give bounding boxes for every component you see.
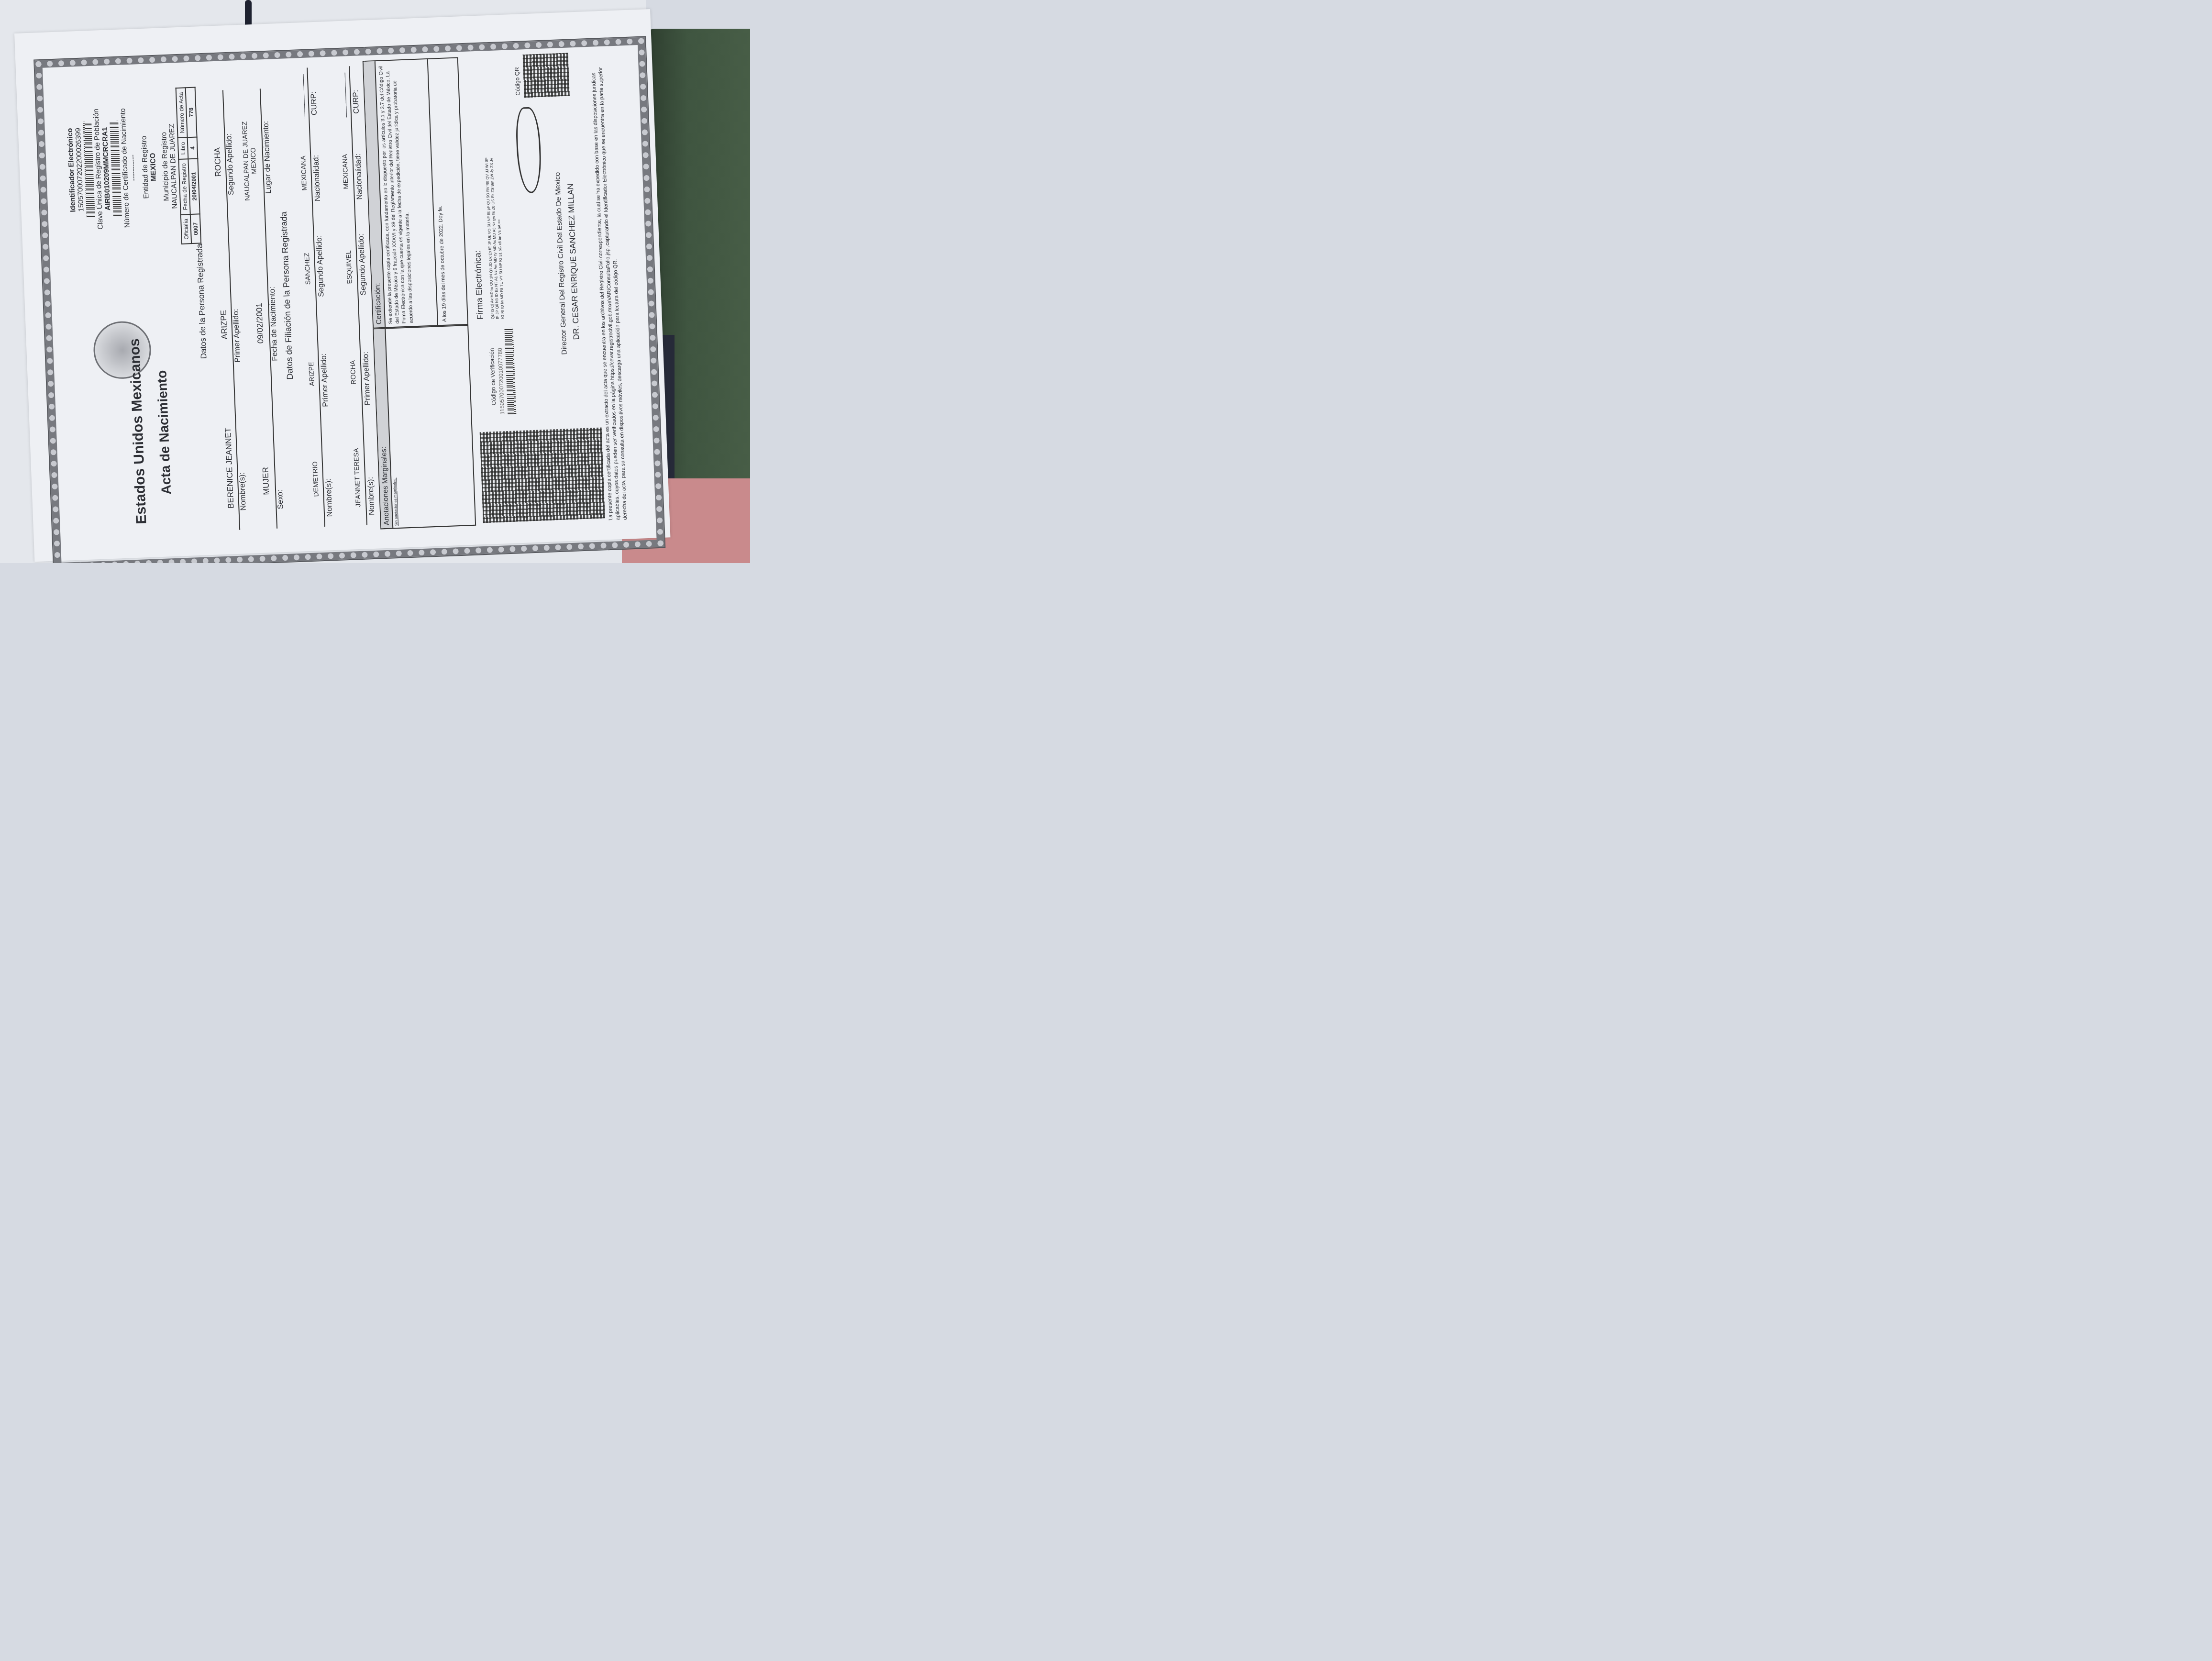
madre-segundo-apellido: ESQUIVEL <box>343 219 354 315</box>
sexo-label: Sexo: <box>276 489 286 509</box>
director-name: DR. CESAR ENRIQUE SANCHEZ MILLAN <box>566 183 582 340</box>
anotaciones-box: Anotaciones Marginales: Sin anotaciones … <box>373 325 476 529</box>
certificate-content: Estados Unidos Mexicanos Acta de Nacimie… <box>44 46 641 546</box>
sexo-value: MUJER <box>259 433 273 529</box>
document-title: Acta de Nacimiento <box>154 370 174 495</box>
padre-nacionalidad: MEXICANA <box>299 135 309 211</box>
madre-nacionalidad-label: Nacionalidad: <box>354 153 365 200</box>
primer-apellido-value: ARIZPE <box>217 262 232 387</box>
table-cell: 778 <box>186 88 197 138</box>
handwritten-signature <box>515 107 542 194</box>
madre-nombre-label: Nombre(s): <box>366 477 376 516</box>
primer-apellido-label: Primer Apellido: <box>232 309 242 363</box>
filiacion-section-title: Datos de Filiación de la Persona Registr… <box>279 211 295 380</box>
qr-code-small[interactable] <box>522 53 569 98</box>
qr-code-large[interactable] <box>480 427 605 523</box>
certificacion-text: Se extiende la presente copia certificad… <box>376 59 438 327</box>
certificacion-box: Certificación: Se extiende la presente c… <box>363 57 468 328</box>
verificacion-value: 115057000720010077780 <box>497 348 506 415</box>
padre-segundo-apellido-label: Segundo Apellido: <box>315 235 326 297</box>
madre-nacionalidad: MEXICANA <box>340 133 351 210</box>
verificacion-label: Código de Verificación <box>488 348 498 405</box>
nombre-value: BERENICE JEANNET <box>222 406 237 531</box>
padre-curp-label: CURP: <box>310 91 319 115</box>
table-cell: 4 <box>188 137 198 158</box>
birth-certificate-page: Estados Unidos Mexicanos Acta de Nacimie… <box>14 9 670 562</box>
segundo-apellido-label: Segundo Apellido: <box>225 133 236 196</box>
padre-nacionalidad-label: Nacionalidad: <box>312 155 322 202</box>
firma-code: QU IS Qj Ax MD lw OU 1N Q1 JD Uk Ex fE J… <box>483 108 506 319</box>
madre-primer-apellido: ROCHA <box>347 324 359 420</box>
madre-curp: ____________ <box>337 66 347 124</box>
table-cell: 20/04/2001 <box>188 158 199 214</box>
padre-nombre: DEMETRIO <box>310 431 321 527</box>
padre-segundo-apellido: SANCHEZ <box>301 221 313 317</box>
persona-section-title: Datos de la Persona Registrada <box>195 244 209 359</box>
nombre-label: Nombre(s): <box>238 472 248 511</box>
table-header: Oficialía <box>181 214 191 244</box>
qr-label: Código QR <box>513 67 521 96</box>
madre-primer-apellido-label: Primer Apellido: <box>362 352 372 406</box>
madre-segundo-apellido-label: Segundo Apellido: <box>357 233 368 296</box>
padre-nombre-label: Nombre(s): <box>324 478 334 517</box>
madre-nombre: JEANNET TERESA <box>351 430 363 525</box>
madre-curp-label: CURP: <box>352 90 361 114</box>
fecha-nacimiento-value: 09/02/2001 <box>253 261 267 386</box>
lugar-nacimiento-value: NAUCALPAN DE JUAREZ MEXICO <box>239 89 260 233</box>
padre-primer-apellido: ARIZPE <box>306 326 317 421</box>
padre-primer-apellido-label: Primer Apellido: <box>320 353 330 407</box>
identificador-block: Identificador Electrónico 15057000720220… <box>65 87 201 249</box>
verificacion-barcode <box>504 328 516 414</box>
country-title: Estados Unidos Mexicanos <box>127 338 150 524</box>
padre-curp: ____________ <box>296 68 306 126</box>
table-header: Libro <box>178 137 188 159</box>
firma-title: Firma Electrónica: <box>473 250 486 320</box>
table-cell: 0007 <box>190 214 201 244</box>
